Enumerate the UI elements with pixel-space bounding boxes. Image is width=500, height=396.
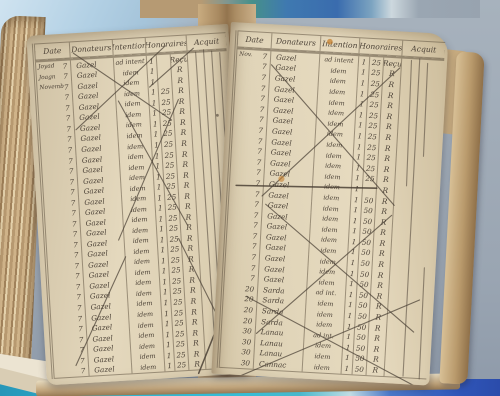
cell-centimes: 25: [370, 57, 385, 68]
day-number: 7: [73, 240, 78, 249]
background-top-band: [140, 0, 480, 18]
day-number: 7: [250, 274, 255, 283]
day-number: 30: [241, 348, 251, 357]
cell-centimes: 25: [364, 152, 379, 163]
cell-francs: 1: [349, 225, 361, 236]
cell-francs: 1: [348, 247, 360, 258]
day-number: 7: [253, 210, 258, 219]
cell-francs: 1: [353, 162, 365, 173]
cell-francs: 1: [355, 120, 367, 131]
day-number: 20: [245, 284, 255, 293]
cell-centimes: 50: [353, 353, 368, 364]
day-number: 30: [241, 358, 251, 367]
cell-centimes: 50: [354, 342, 369, 353]
column-header-receipt: Acquit: [187, 33, 227, 50]
cell-francs: 1: [349, 236, 361, 247]
column-header-receipt: Acquit: [402, 41, 445, 58]
day-number: 7: [69, 167, 74, 176]
day-number: 7: [79, 335, 84, 344]
day-number: 7: [72, 219, 77, 228]
cell-centimes: 25: [367, 110, 382, 121]
day-number: 7: [256, 168, 261, 177]
ledger-right-page: Date Donateurs Intention Honoraires Acqu…: [211, 22, 448, 386]
cell-francs: 1: [359, 56, 371, 67]
cell-francs: 1: [147, 66, 158, 77]
cell-francs: 1: [356, 109, 368, 120]
cell-francs: 1: [152, 139, 163, 150]
cell-francs: 1: [164, 350, 175, 361]
cell-intention: idem: [303, 361, 343, 374]
day-number: 7: [64, 93, 69, 102]
cell-francs: 1: [346, 289, 358, 300]
day-number: 7: [257, 147, 262, 156]
cell-centimes: 50: [357, 279, 372, 290]
cell-francs: 1: [346, 278, 358, 289]
column-header-fee: Honoraires: [359, 38, 403, 55]
cell-francs: 1: [160, 276, 171, 287]
cell-francs: 1: [344, 321, 356, 332]
cell-centimes: 25: [363, 173, 378, 184]
cell-francs: 1: [358, 77, 370, 88]
day-number: 20: [244, 295, 254, 304]
month-note: Nov.: [239, 52, 252, 59]
cell-centimes: 25: [369, 67, 384, 78]
cell-francs: 1: [353, 151, 365, 162]
day-number: 7: [261, 83, 266, 92]
day-number: 7: [77, 314, 82, 323]
cell-francs: 1: [350, 215, 362, 226]
day-number: 20: [243, 316, 253, 325]
cell-francs: 1: [157, 234, 168, 245]
cell-centimes: 50: [361, 205, 376, 216]
cell-francs: 1: [343, 331, 355, 342]
day-number: 7: [76, 293, 81, 302]
cell-centimes: 25: [368, 89, 383, 100]
cell-francs: 1: [148, 76, 159, 87]
cell-francs: 1: [163, 329, 174, 340]
cell-centimes: 25: [175, 359, 190, 370]
photograph-of-open-ledger: Date Donateurs Intention Honoraires Acqu…: [0, 0, 500, 396]
day-number: 7: [74, 261, 79, 270]
day-number: 7: [80, 356, 85, 365]
cell-centimes: 50: [361, 215, 376, 226]
day-number: 7: [74, 251, 79, 260]
day-number: 7: [79, 345, 84, 354]
column-header-date: Date: [35, 42, 71, 59]
day-number: 7: [66, 124, 71, 133]
day-number: 7: [252, 231, 257, 240]
cell-francs: 1: [158, 245, 169, 256]
cell-centimes: 25: [366, 131, 381, 142]
day-number: 20: [244, 305, 254, 314]
cell-francs: 1: [149, 97, 160, 108]
day-number: 30: [242, 326, 252, 335]
day-number: 7: [256, 157, 261, 166]
column-header-intention: Intention: [113, 38, 147, 55]
day-number: 7: [69, 177, 74, 186]
cell-centimes: 50: [358, 268, 373, 279]
cell-francs: 1: [345, 310, 357, 321]
day-number: 7: [63, 72, 68, 81]
column-header-date: Date: [238, 31, 273, 48]
cell-francs: 1: [356, 99, 368, 110]
day-number: 7: [80, 366, 85, 375]
day-number: 7: [68, 156, 73, 165]
day-number: 7: [70, 188, 75, 197]
day-number: 7: [251, 253, 256, 262]
cell-centimes: 25: [366, 120, 381, 131]
month-note: Novemb: [39, 84, 64, 91]
day-number: 7: [70, 198, 75, 207]
day-number: 7: [260, 94, 265, 103]
day-number: 7: [65, 103, 70, 112]
cell-francs: 1: [150, 118, 161, 129]
month-note: Joagn: [39, 74, 56, 81]
cell-francs: 1: [152, 150, 163, 161]
day-number: 7: [75, 282, 80, 291]
cell-donor: Cannac: [254, 358, 304, 371]
cell-centimes: 50: [356, 300, 371, 311]
cell-date: 30: [220, 356, 255, 368]
cell-intention: idem: [132, 361, 166, 373]
cell-francs: 1: [350, 204, 362, 215]
cell-centimes: 25: [368, 78, 383, 89]
cell-francs: 1: [347, 257, 359, 268]
cell-centimes: 25: [364, 163, 379, 174]
cell-centimes: 50: [355, 311, 370, 322]
table-body-right: Nov.7 Gazel ad intent 1 25 Reçu 7 Gazel …: [220, 49, 444, 379]
day-number: 7: [255, 189, 260, 198]
day-number: 7: [77, 303, 82, 312]
cell-francs: 1: [347, 268, 359, 279]
cell-centimes: 25: [365, 141, 380, 152]
cell-francs: 1: [342, 363, 354, 374]
cell-centimes: 25: [367, 99, 382, 110]
month-note: Joyad: [38, 64, 55, 71]
day-number: 7: [255, 179, 260, 188]
column-header-intention: Intention: [321, 36, 361, 53]
cell-centimes: 50: [357, 290, 372, 301]
cell-donor: Gazel: [89, 363, 133, 376]
column-header-fee: Honoraires: [146, 35, 188, 52]
cell-centimes: 50: [359, 247, 374, 258]
day-number: 7: [253, 221, 258, 230]
cell-francs: 1: [161, 297, 172, 308]
cell-francs: 1: [342, 352, 354, 363]
cell-francs: 1: [162, 308, 173, 319]
cell-centimes: [363, 184, 378, 195]
day-number: 7: [71, 209, 76, 218]
cell-date: 7: [54, 365, 90, 378]
day-number: 7: [258, 126, 263, 135]
cell-francs: 1: [343, 342, 355, 353]
cell-receipt-mark: R: [367, 364, 386, 376]
cell-francs: 1: [164, 339, 175, 350]
day-number: 7: [67, 145, 72, 154]
cell-centimes: 50: [354, 332, 369, 343]
cell-francs: 1: [352, 173, 364, 184]
day-number: 7: [67, 135, 72, 144]
cell-francs: 1: [155, 202, 166, 213]
cell-francs: 1: [352, 183, 364, 194]
day-number: 7: [252, 242, 257, 251]
cell-francs: 1: [351, 194, 363, 205]
cell-francs: 1: [162, 318, 173, 329]
day-number: 7: [75, 272, 80, 281]
cell-francs: 1: [355, 130, 367, 141]
ledger-table-right: Date Donateurs Intention Honoraires Acqu…: [217, 30, 446, 379]
day-number: 7: [262, 62, 267, 71]
cell-receipt-mark: R: [189, 358, 207, 370]
day-number: 7: [259, 105, 264, 114]
cell-francs: 1: [159, 255, 170, 266]
cell-francs: 1: [155, 192, 166, 203]
cell-centimes: 50: [362, 194, 377, 205]
day-number: 30: [242, 337, 252, 346]
day-number: 7: [72, 230, 77, 239]
cell-francs: 1: [156, 213, 167, 224]
cell-acquit-blank: [384, 365, 427, 378]
cell-centimes: 50: [355, 321, 370, 332]
day-number: 7: [64, 82, 69, 91]
cell-francs: 1: [154, 171, 165, 182]
cell-centimes: 50: [360, 226, 375, 237]
cell-centimes: 50: [353, 364, 368, 375]
cell-francs: 1: [153, 160, 164, 171]
day-number: 7: [254, 200, 259, 209]
cell-francs: 1: [159, 266, 170, 277]
day-number: 7: [258, 136, 263, 145]
cell-francs: 1: [154, 181, 165, 192]
column-header-donors: Donateurs: [272, 33, 322, 51]
cell-francs: 1: [165, 360, 176, 371]
day-number: 7: [259, 115, 264, 124]
cell-francs: 1: [147, 55, 158, 66]
column-header-donors: Donateurs: [70, 40, 114, 58]
day-number: 7: [78, 324, 83, 333]
day-number: 7: [62, 61, 67, 70]
cell-francs: 1: [345, 299, 357, 310]
cell-francs: 1: [151, 129, 162, 140]
cell-francs: 1: [354, 141, 366, 152]
day-number: 7: [262, 52, 267, 61]
cell-francs: 1: [160, 287, 171, 298]
cell-centimes: 50: [360, 237, 375, 248]
cell-francs: 1: [150, 108, 161, 119]
day-number: 7: [261, 73, 266, 82]
cell-francs: 1: [358, 67, 370, 78]
cell-francs: 1: [157, 223, 168, 234]
cell-centimes: 50: [358, 258, 373, 269]
cell-francs: 1: [149, 87, 160, 98]
cell-francs: 1: [357, 88, 369, 99]
day-number: 7: [65, 114, 70, 123]
day-number: 7: [250, 263, 255, 272]
